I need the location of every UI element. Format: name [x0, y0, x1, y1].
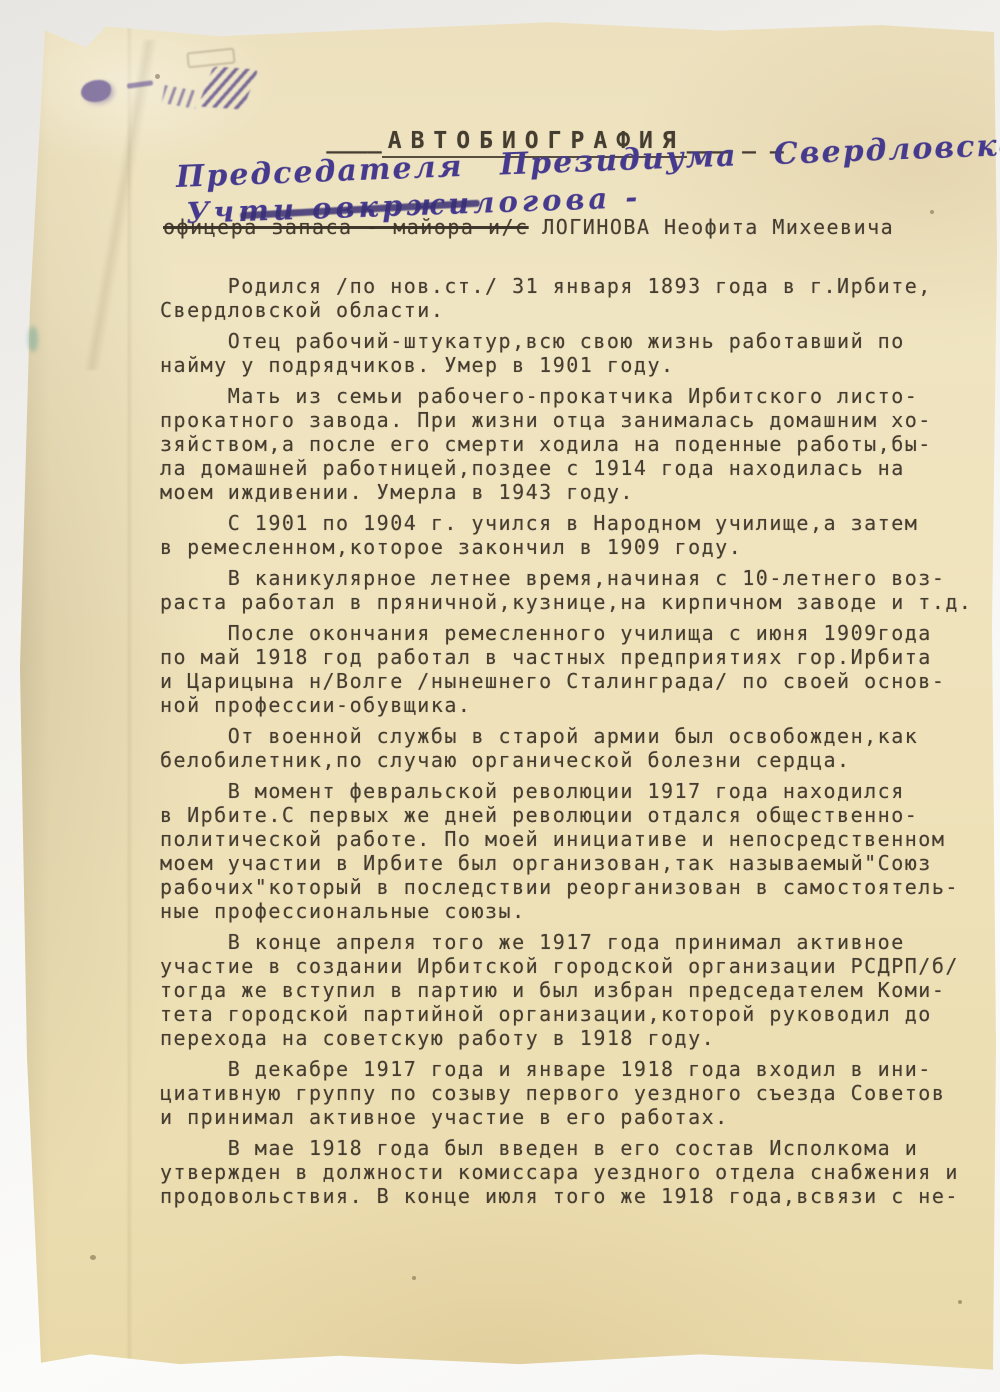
document-body: Родился /по нов.ст./ 31 января 1893 года… — [160, 274, 970, 1215]
paper-speck — [90, 1255, 96, 1260]
paragraph-profession: После окончания ремесленного училища с и… — [160, 621, 970, 717]
title-rule-left: ____ — [326, 128, 381, 154]
paragraph-congress: В декабре 1917 года и январе 1918 года в… — [160, 1057, 970, 1129]
subject-name: ЛОГИНОВА Неофита Михеевича — [529, 215, 895, 239]
ink-hatch — [198, 66, 259, 109]
paragraph-mother: Мать из семьи рабочего-прокатчика Ирбитс… — [160, 384, 970, 504]
paper-stain — [28, 326, 38, 352]
paragraph-father: Отец рабочий-штукатур,всю свою жизнь раб… — [160, 329, 970, 377]
paragraph-birth: Родился /по нов.ст./ 31 января 1893 года… — [160, 274, 970, 322]
paragraph-military-exemption: От военной службы в старой армии был осв… — [160, 724, 970, 772]
ink-blob — [81, 80, 111, 102]
ink-stamp-smudge — [75, 62, 275, 122]
paragraph-childhood-work: В каникулярное летнее время,начиная с 10… — [160, 566, 970, 614]
ink-dots — [162, 85, 199, 109]
ink-ghost-mark — [186, 48, 235, 69]
subject-line: офицера запаса - майора и/с ЛОГИНОВА Нео… — [163, 215, 894, 239]
paragraph-february-revolution: В момент февральской революции 1917 года… — [160, 779, 970, 923]
struck-rank-text: офицера запаса - майора и/с — [163, 215, 529, 239]
photo-backdrop: ____АВТОБИОГРАФИЯ___ _ _ Председателя Пр… — [0, 0, 1000, 1392]
ink-bar — [127, 80, 153, 89]
paper-speck — [930, 210, 934, 214]
paper-speck — [412, 1276, 416, 1280]
paragraph-party: В конце апреля того же 1917 года принима… — [160, 930, 970, 1050]
paragraph-ispolkom: В мае 1918 года был введен в его состав … — [160, 1136, 970, 1208]
paper-speck — [958, 1300, 962, 1304]
paragraph-school: С 1901 по 1904 г. учился в Народном учил… — [160, 511, 970, 559]
